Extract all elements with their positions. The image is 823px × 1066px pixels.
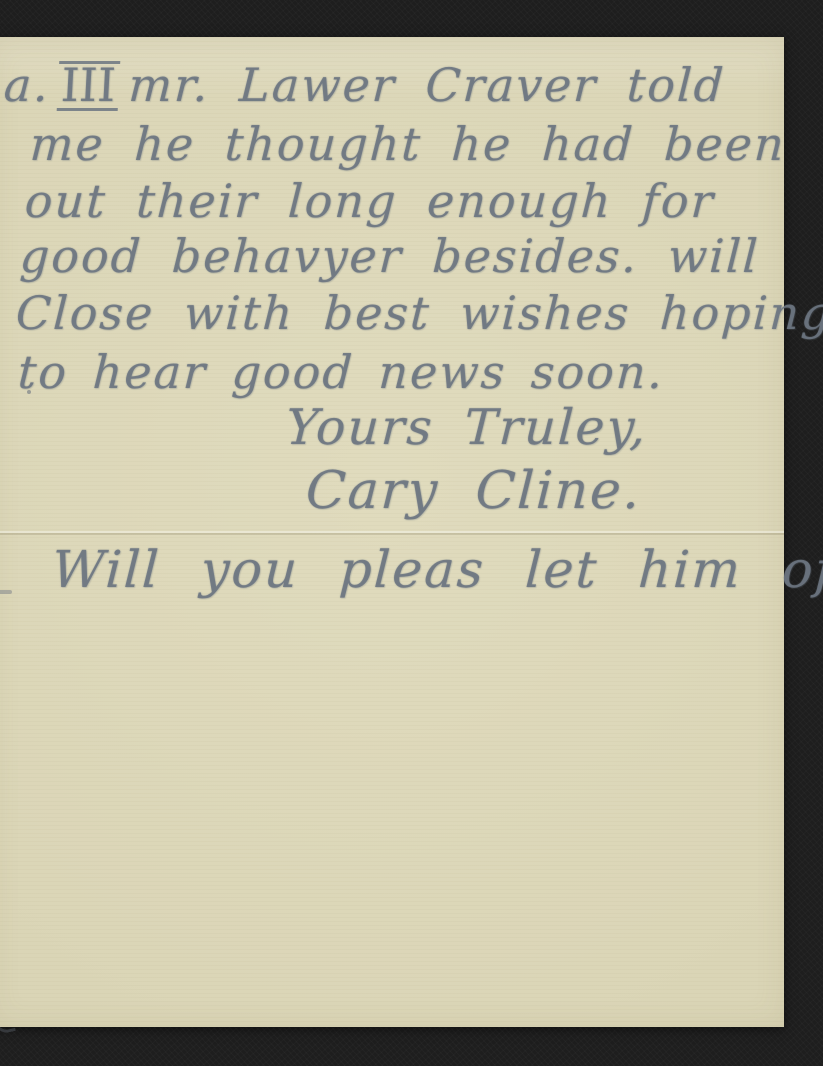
stray-pencil-mark xyxy=(0,645,1,695)
scan-background: a.IIImr. Lawer Craver told me he thought… xyxy=(0,0,823,1066)
stray-pencil-mark xyxy=(0,983,16,1036)
stray-pencil-mark xyxy=(0,288,7,352)
letter-page xyxy=(0,37,784,1027)
stray-pencil-mark xyxy=(0,590,12,594)
fold-crease xyxy=(0,531,784,535)
